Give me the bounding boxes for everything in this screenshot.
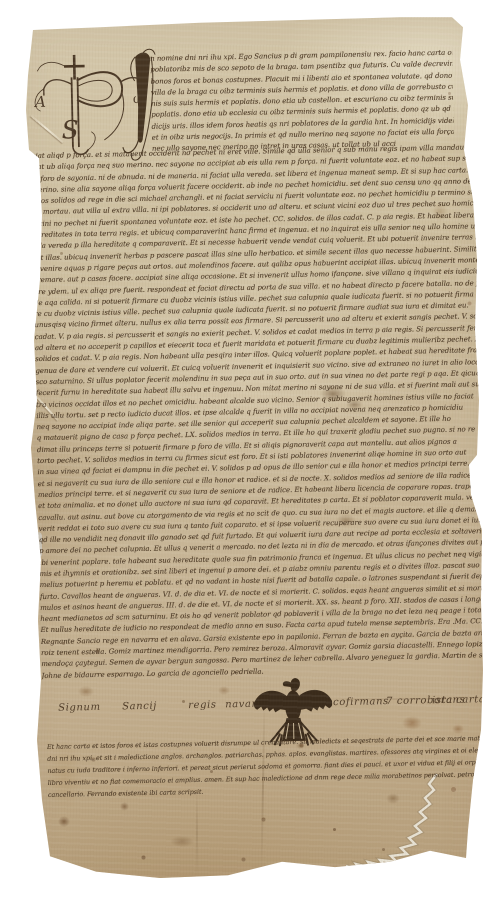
charter-text: A ω S n nomine dni nri ihu xpi. Ego Sanc… [0, 0, 500, 908]
closing-text-block: Et hanc carta et istos foros et istas co… [47, 732, 486, 801]
king-name: Sancij [122, 701, 157, 713]
ista-word: ista [432, 695, 453, 706]
opening-text-block: n nomine dni nri ihu xpi. Ego Sancius p … [150, 48, 454, 156]
manuscript-photo: A ω S n nomine dni nri ihu xpi. Ego Sanc… [0, 0, 500, 908]
carta-word: carta. [456, 694, 489, 706]
corroborans-word: 7 corroborans [386, 695, 465, 708]
parchment-sheet: A ω S n nomine dni nri ihu xpi. Ego Sanc… [0, 0, 500, 908]
s-flourish-glyph: S [61, 115, 79, 144]
body-text-block: piat aliqd p força. et si matauerit occi… [31, 142, 486, 682]
regis-word: regis [188, 700, 217, 712]
confirmans-word: cofirmans [333, 696, 389, 708]
alpha-glyph: A [33, 93, 46, 111]
signum-line: Signum Sancij regis navarre cofirmans 7 … [0, 0, 492, 1]
ink-speckles [0, 0, 3, 3]
signum-word: Signum [58, 702, 101, 714]
